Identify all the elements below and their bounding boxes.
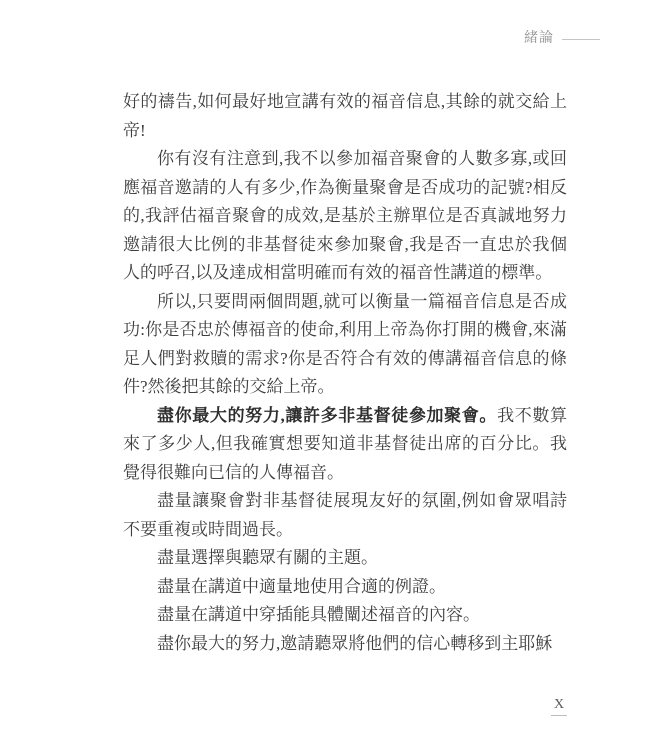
page-number-rule [551,715,567,716]
page-footer: X [544,697,574,716]
paragraph: 盡量選擇與聽眾有關的主題。 [123,544,567,573]
paragraph: 盡量在講道中穿插能具體闡述福音的內容。 [123,601,567,630]
bold-text-run: 盡你最大的努力,讓許多非基督徒參加聚會。 [157,406,497,425]
paragraph: 盡量在講道中適量地使用合適的例證。 [123,573,567,602]
paragraph: 所以,只要問兩個問題,就可以衡量一篇福音信息是否成功:你是否忠於傳福音的使命,利… [123,288,567,402]
paragraph: 盡量讓聚會對非基督徒展現友好的氛圍,例如會眾唱詩不要重複或時間過長。 [123,487,567,544]
paragraph: 你有沒有注意到,我不以參加福音聚會的人數多寡,或回應福音邀請的人有多少,作為衡量… [123,145,567,288]
paragraph: 盡你最大的努力,邀請聽眾將他們的信心轉移到主耶穌 [123,630,567,659]
text-run: 盡你最大的努力,邀請聽眾將他們的信心轉移到主耶穌 [157,634,552,653]
text-run: 盡量選擇與聽眾有關的主題。 [157,548,378,567]
text-run: 你有沒有注意到,我不以參加福音聚會的人數多寡,或回應福音邀請的人有多少,作為衡量… [123,149,567,282]
text-run: 好的禱告,如何最好地宣講有效的福音信息,其餘的就交給上帝! [123,92,567,140]
running-head-label: 緒論 [524,31,554,46]
running-head-rule [562,39,600,40]
text-run: 盡量在講道中穿插能具體闡述福音的內容。 [157,605,480,624]
book-page: 緒論 好的禱告,如何最好地宣講有效的福音信息,其餘的就交給上帝!你有沒有注意到,… [0,0,650,750]
text-run: 盡量在講道中適量地使用合適的例證。 [157,577,446,596]
paragraph: 盡你最大的努力,讓許多非基督徒參加聚會。我不數算來了多少人,但我確實想要知道非基… [123,402,567,488]
running-head: 緒論 [524,27,600,47]
page-number: X [554,697,564,712]
text-run: 盡量讓聚會對非基督徒展現友好的氛圍,例如會眾唱詩不要重複或時間過長。 [123,491,567,539]
body-text: 好的禱告,如何最好地宣講有效的福音信息,其餘的就交給上帝!你有沒有注意到,我不以… [123,88,567,658]
text-run: 所以,只要問兩個問題,就可以衡量一篇福音信息是否成功:你是否忠於傳福音的使命,利… [123,292,567,397]
paragraph: 好的禱告,如何最好地宣講有效的福音信息,其餘的就交給上帝! [123,88,567,145]
